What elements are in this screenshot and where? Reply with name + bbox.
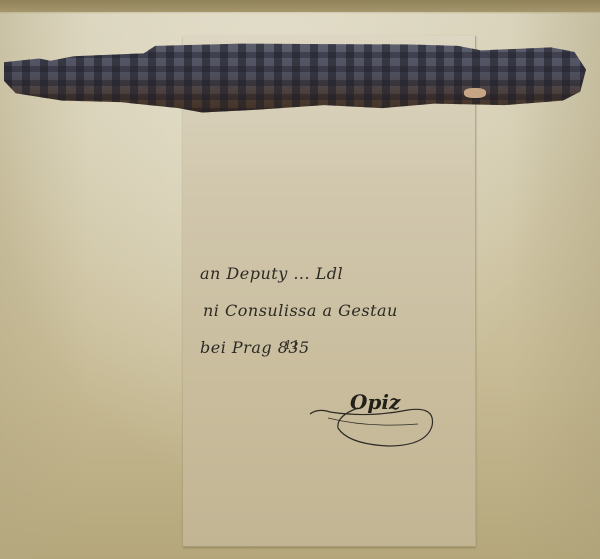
handwriting-line-1: an Deputy ... Ldl — [195, 255, 465, 292]
handwritten-text: an Deputy ... Ldl ni Consulissa a Gestau… — [195, 255, 465, 366]
signature: Opiz — [308, 388, 438, 458]
mount-top-edge — [0, 0, 600, 12]
bark-light-patch — [464, 88, 486, 98]
handwriting-line-2: ni Consulissa a Gestau — [195, 292, 465, 329]
year-superscript: 11 — [284, 338, 299, 352]
handwriting-line-3: bei Prag 835 — [195, 329, 465, 366]
signature-text: Opiz — [350, 390, 400, 414]
